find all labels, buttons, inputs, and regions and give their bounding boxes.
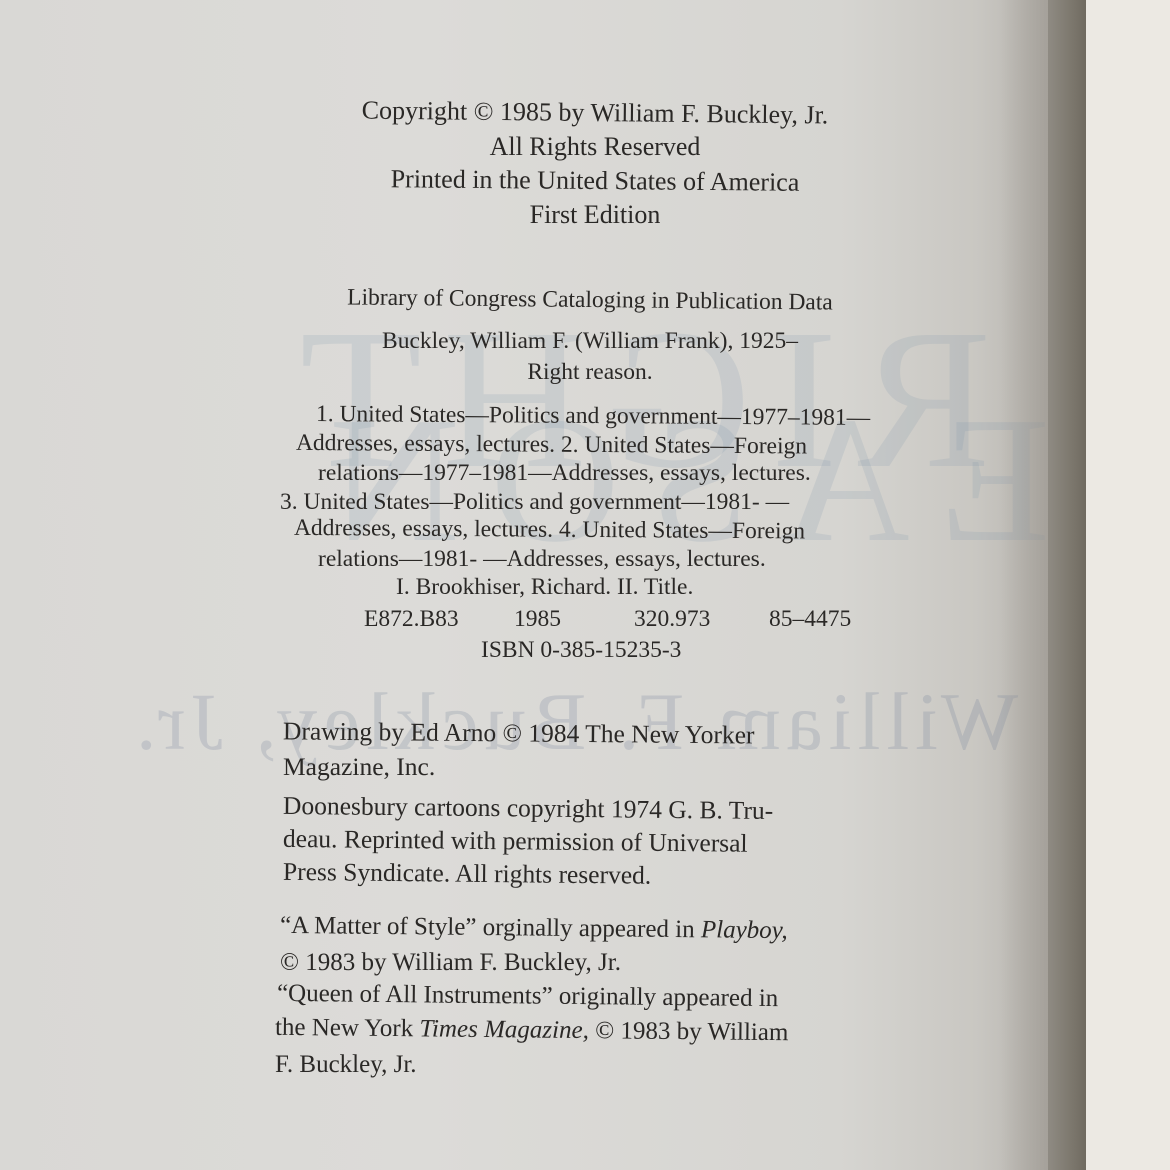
- publication-name: Playboy,: [701, 916, 788, 944]
- credit-queen-line2: the New York Times Magazine, © 1983 by W…: [275, 1011, 880, 1051]
- cip-author-block: Buckley, William F. (William Frank), 192…: [300, 326, 880, 388]
- credit-arno-line1: Drawing by Ed Arno © 1984 The New Yorker: [283, 714, 883, 752]
- word: permission: [502, 826, 614, 856]
- cip-classification: E872.B83 1985 320.973 85–4475 ISBN 0-385…: [276, 604, 916, 666]
- background-surface: [1086, 0, 1170, 1170]
- lc-call-number: E872.B83: [364, 604, 514, 635]
- word: with: [451, 826, 497, 855]
- credit-text: “A Matter of Style” orginally appeared i…: [280, 912, 701, 943]
- word: cartoons: [414, 792, 501, 822]
- cip-title: Right reason.: [300, 357, 880, 388]
- credit-text: the New York: [275, 1014, 420, 1043]
- dewey-number: 320.973: [634, 604, 769, 635]
- credit-essays: “A Matter of Style” orginally appeared i…: [280, 912, 880, 1082]
- word: Reprinted: [344, 825, 445, 855]
- credit-style-line1: “A Matter of Style” orginally appeared i…: [280, 909, 880, 949]
- book-page: RIGHT REASON William F. Buckley, Jr. Cop…: [0, 0, 1050, 1170]
- cip-subject-line: 3. United States—Politics and government…: [276, 488, 916, 517]
- word: of: [621, 827, 643, 856]
- classification-row: E872.B83 1985 320.973 85–4475: [276, 604, 916, 635]
- word: Doonesbury: [283, 791, 408, 821]
- credit-arno-line2: Magazine, Inc.: [283, 752, 435, 781]
- credit-style-line2: © 1983 by William F. Buckley, Jr.: [280, 946, 880, 980]
- cip-author: Buckley, William F. (William Frank), 192…: [300, 326, 880, 357]
- cip-subject-line: relations—1977–1981—Addresses, essays, l…: [276, 459, 916, 488]
- cip-subjects: 1. United States—Politics and government…: [276, 402, 916, 602]
- publication-year: 1985: [514, 604, 634, 635]
- lccn: 85–4475: [769, 604, 851, 635]
- credit-text: © 1983 by William: [589, 1017, 789, 1046]
- credit-queen-line3: F. Buckley, Jr.: [275, 1048, 880, 1082]
- word: deau.: [283, 824, 338, 854]
- cip-header: Library of Congress Cataloging in Public…: [300, 280, 880, 320]
- cip-added-entries: I. Brookhiser, Richard. II. Title.: [276, 573, 916, 602]
- word: Tru-: [729, 796, 774, 825]
- cip-subject-line: Addresses, essays, lectures. 4. United S…: [276, 514, 916, 547]
- copyright-line: Copyright © 1985 by William F. Buckley, …: [300, 93, 890, 133]
- word: 1974: [611, 794, 662, 824]
- word: Universal: [648, 828, 747, 858]
- cip-subject-line: relations—1981- —Addresses, essays, lect…: [276, 545, 916, 574]
- credit-doonesbury: Doonesbury cartoons copyright 1974 G. B.…: [283, 792, 883, 891]
- printed-in-line: Printed in the United States of America: [300, 161, 890, 200]
- edition-line: First Edition: [300, 198, 890, 232]
- word: G.: [668, 795, 693, 824]
- word: B.: [699, 795, 723, 824]
- copyright-block: Copyright © 1985 by William F. Buckley, …: [300, 96, 890, 232]
- word: copyright: [507, 793, 605, 823]
- credit-arno: Drawing by Ed Arno © 1984 The New Yorker…: [283, 717, 883, 783]
- publication-name: Times Magazine,: [419, 1015, 589, 1044]
- cip-subject-line: Addresses, essays, lectures. 2. United S…: [276, 428, 916, 461]
- rights-line: All Rights Reserved: [300, 130, 890, 164]
- credit-doonesbury-line3: Press Syndicate. All rights reserved.: [283, 855, 883, 894]
- isbn: ISBN 0-385-15235-3: [276, 635, 916, 666]
- page-edge-shadow: [1048, 0, 1086, 1170]
- photo-scene: RIGHT REASON William F. Buckley, Jr. Cop…: [0, 0, 1170, 1170]
- page-curve-shadow: [1000, 0, 1050, 1170]
- cip-subject-line: 1. United States—Politics and government…: [276, 400, 916, 433]
